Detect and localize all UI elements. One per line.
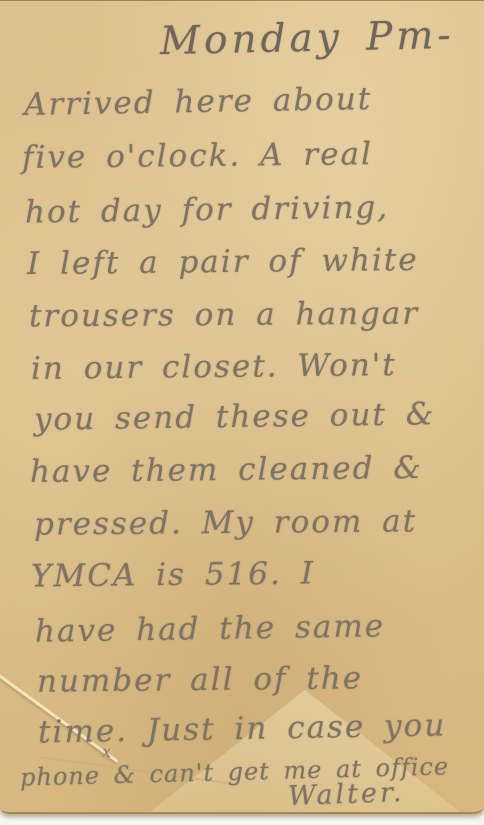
handwritten-line: have them cleaned & (30, 450, 423, 490)
handwritten-line: time. Just in case you (38, 707, 447, 750)
letter-paper: Monday Pm- Arrived here about five o'clo… (0, 0, 484, 814)
handwritten-line: five o'clock. A real (22, 136, 373, 176)
handwritten-line: in our closet. Won't (31, 347, 397, 387)
handwritten-line: hot day for driving, (25, 189, 390, 230)
signature: Walter. (287, 777, 405, 812)
handwritten-line: number all of the (37, 660, 363, 699)
handwritten-line: I left a pair of white (27, 242, 419, 282)
insertion-caret-mark: x (102, 742, 111, 761)
scanned-letter: Monday Pm- Arrived here about five o'clo… (0, 0, 484, 825)
handwritten-line: YMCA is 516. I (31, 556, 315, 595)
handwritten-line: have had the same (35, 608, 386, 649)
handwritten-line: pressed. My room at (34, 503, 417, 542)
handwritten-line: trousers on a hangar (29, 296, 419, 335)
letter-dateline: Monday Pm- (160, 13, 455, 64)
handwritten-line: Arrived here about (24, 81, 373, 123)
handwritten-line: you send these out & (34, 396, 436, 438)
